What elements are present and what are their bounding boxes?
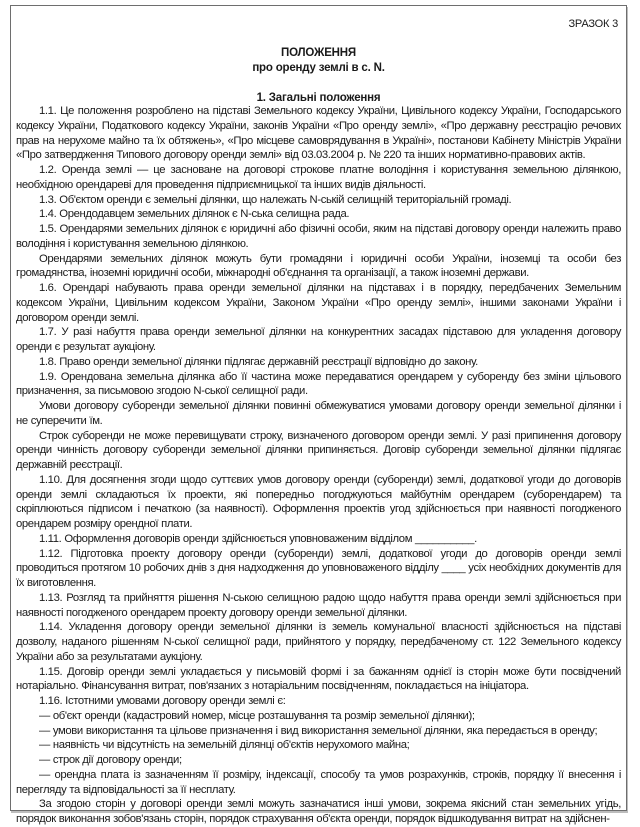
paragraph: 1.12. Підготовка проекту договору оренди… [16,547,621,591]
list-item: — строк дії договору оренди; [16,753,621,768]
paragraph: 1.11. Оформлення договорів оренди здійсн… [16,532,621,547]
paragraph: 1.13. Розгляд та прийняття рішення N-ськ… [16,591,621,621]
paragraph: 1.3. Об'єктом оренди є земельні ділянки,… [16,193,621,208]
paragraph: 1.7. У разі набуття права оренди земельн… [16,325,621,355]
paragraph: 1.6. Орендарі набувають права оренди зем… [16,281,621,325]
paragraph: 1.2. Оренда землі — це засноване на дого… [16,163,621,193]
list-item: — об'єкт оренди (кадастровий номер, місц… [16,709,621,724]
paragraph: За згодою сторін у договорі оренди землі… [16,797,621,827]
paragraph: 1.8. Право оренди земельної ділянки підл… [16,355,621,370]
paragraph: 1.16. Істотними умовами договору оренди … [16,694,621,709]
paragraph: 1.10. Для досягнення згоди щодо суттєвих… [16,473,621,532]
title-main: ПОЛОЖЕННЯ [11,46,626,61]
paragraph: 1.15. Договір оренди землі укладається у… [16,665,621,695]
paragraph: 1.9. Орендована земельна ділянка або її … [16,370,621,400]
list-item: — умови використання та цільове призначе… [16,724,621,739]
document-body: 1.1. Це положення розроблено на підставі… [16,104,621,827]
paragraph: Умови договору суборенди земельної ділян… [16,399,621,429]
paragraph: 1.14. Укладення договору оренди земельно… [16,620,621,664]
paragraph: 1.4. Орендодавцем земельних ділянок є N-… [16,207,621,222]
paragraph: Строк суборенди не може перевищувати стр… [16,429,621,473]
sample-label: ЗРАЗОК 3 [568,18,618,30]
list-item: — наявність чи відсутність на земельній … [16,738,621,753]
paragraph: 1.1. Це положення розроблено на підставі… [16,104,621,163]
paragraph: Орендарями земельних ділянок можуть бути… [16,252,621,282]
document-page: ЗРАЗОК 3 ПОЛОЖЕННЯ про оренду землі в с.… [10,5,627,811]
paragraph: 1.5. Орендарями земельних ділянок є юрид… [16,222,621,252]
list-item: — орендна плата із зазначенням її розмір… [16,768,621,798]
document-title: ПОЛОЖЕННЯ про оренду землі в с. N. [11,46,626,76]
title-subtitle: про оренду землі в с. N. [11,61,626,76]
